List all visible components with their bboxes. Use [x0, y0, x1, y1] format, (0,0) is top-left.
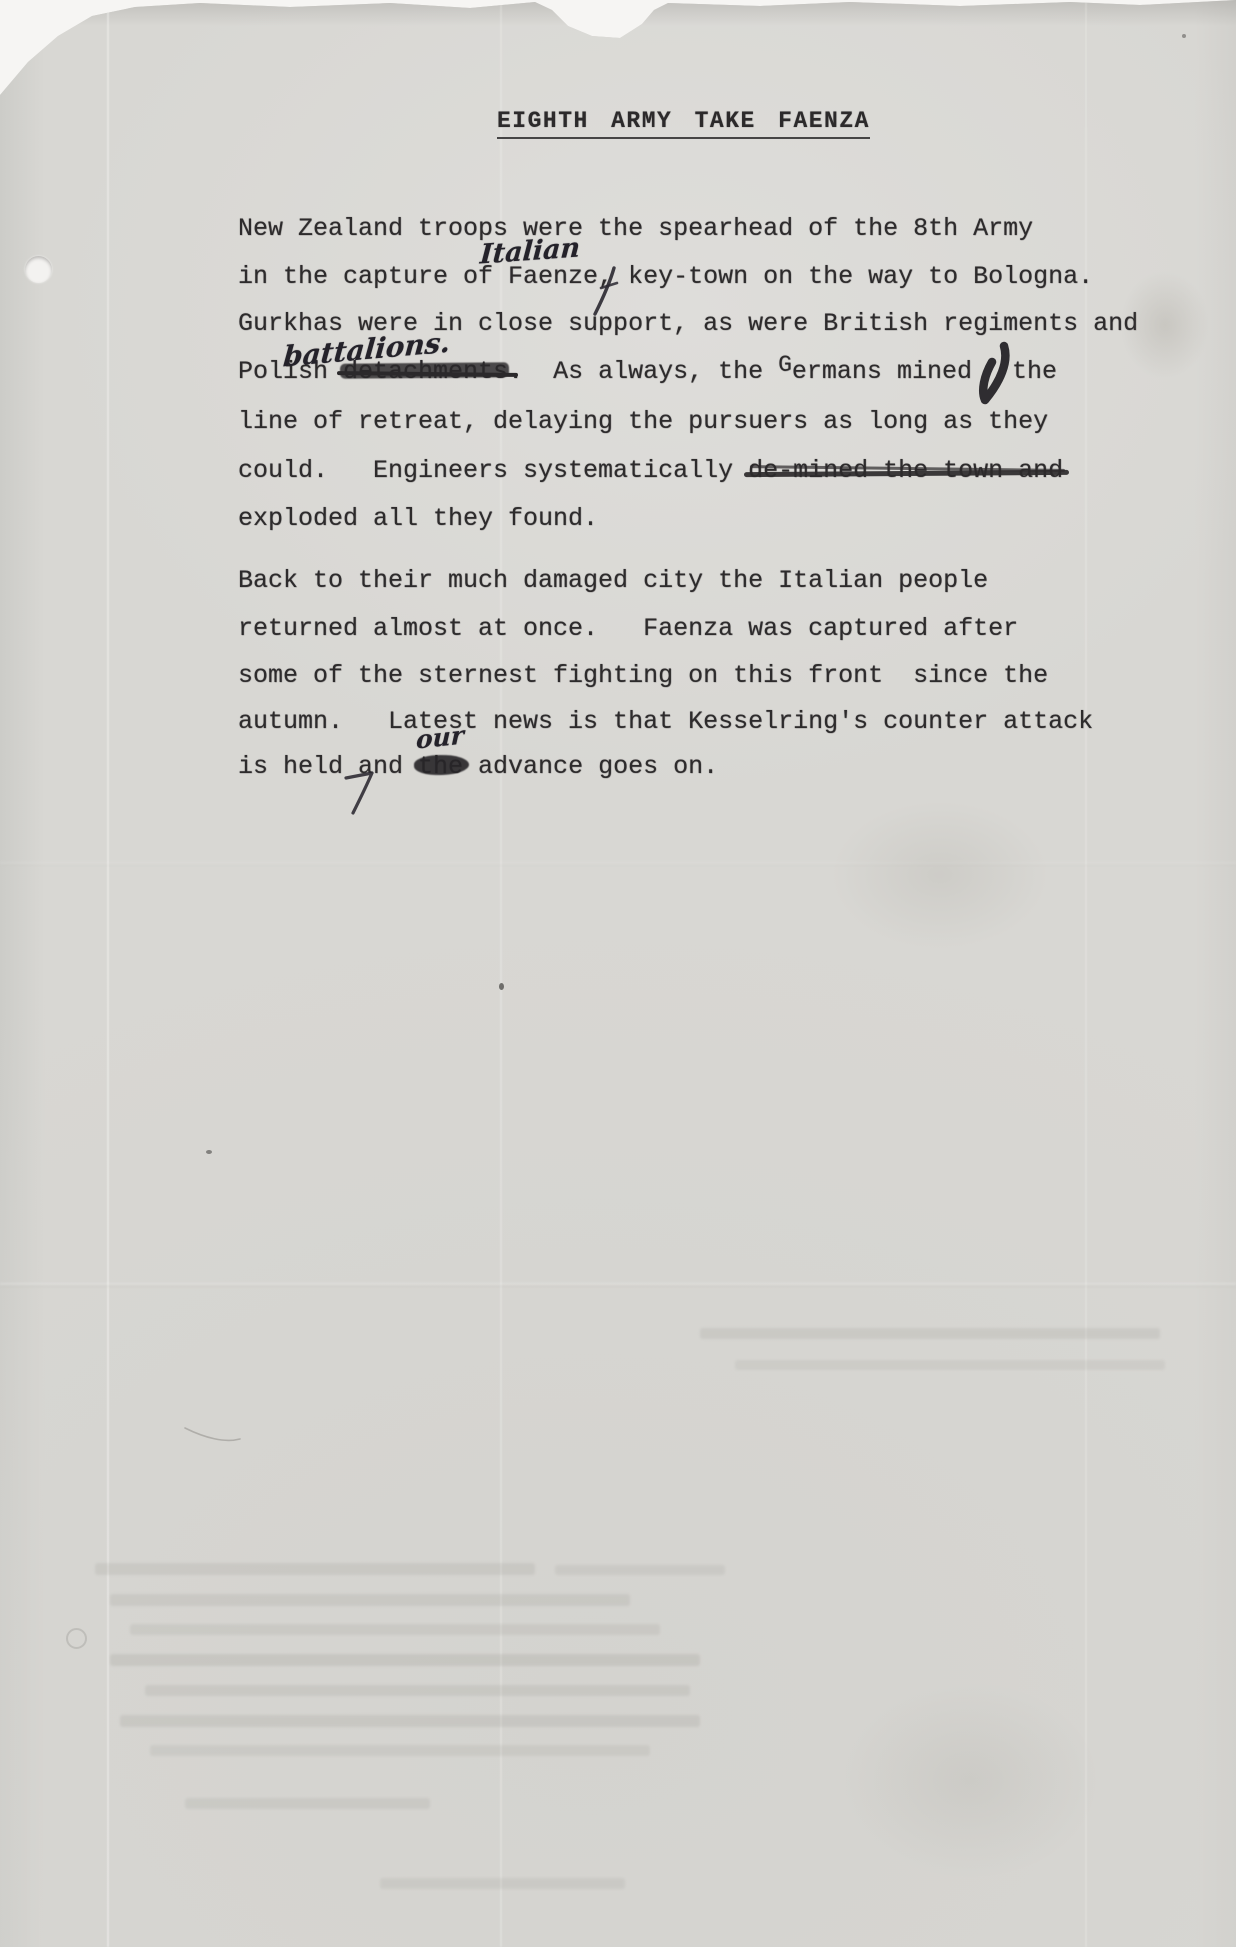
typed-text: . As always, the — [508, 357, 778, 386]
typed-text: is held and — [238, 752, 418, 781]
blotted-word: the — [418, 752, 463, 781]
typed-text: the — [1012, 357, 1057, 386]
stain — [830, 800, 1050, 950]
bleedthrough-line — [150, 1745, 650, 1756]
typed-line: autumn. Latest news is that Kesselring's… — [238, 707, 1093, 736]
handwritten-annotation-our: our — [416, 720, 465, 754]
typed-text: could. Engineers systematically — [238, 456, 748, 485]
fold-crease — [0, 1283, 1236, 1287]
stain — [840, 1680, 1100, 1880]
bleedthrough-line — [380, 1878, 625, 1889]
hairline-scratch — [185, 1428, 240, 1440]
bleedthrough-line — [110, 1654, 700, 1666]
bleedthrough-line — [120, 1715, 700, 1727]
faint-ring-mark — [66, 1628, 87, 1649]
typed-line: is held and the advance goes on. — [238, 752, 718, 781]
typed-text: in the capture of Faenze, — [238, 262, 613, 291]
typed-text: advance goes on. — [463, 752, 718, 781]
typed-text: ermans mined — [792, 357, 972, 386]
typed-line: exploded all they found. — [238, 504, 598, 533]
typed-text: exploded all they found. — [238, 504, 598, 533]
typed-line: Back to their much damaged city the Ital… — [238, 566, 988, 595]
typed-text: line of retreat, delaying the pursuers a… — [238, 407, 1048, 436]
raised-letter: G — [778, 352, 792, 378]
typed-line: some of the sternest fighting on this fr… — [238, 661, 1048, 690]
struck-out-text: de-mined the town and — [748, 456, 1063, 485]
punch-hole — [25, 256, 52, 283]
paper-sheet: EIGHTH ARMY TAKE FAENZA New Zealand troo… — [0, 0, 1236, 1947]
scan-streak — [1085, 0, 1087, 1947]
fold-crease — [0, 862, 1236, 866]
typed-line: in the capture of Faenze, key-town on th… — [238, 262, 1093, 291]
ink-speck — [499, 983, 504, 990]
typed-text: Back to their much damaged city the Ital… — [238, 566, 988, 595]
typed-text: autumn. Latest news is that Kesselring's… — [238, 707, 1093, 736]
ink-speck — [1182, 34, 1186, 38]
bleedthrough-line — [95, 1563, 535, 1575]
typed-line: could. Engineers systematically de-mined… — [238, 456, 1063, 485]
ink-speck — [206, 1150, 212, 1154]
bleedthrough-line — [700, 1328, 1160, 1339]
bleedthrough-line — [185, 1798, 430, 1809]
document-title: EIGHTH ARMY TAKE FAENZA — [497, 108, 870, 139]
typed-text: New Zealand troops were the spearhead of… — [238, 214, 1033, 243]
scan-streak — [107, 0, 109, 1947]
bleedthrough-line — [555, 1565, 725, 1575]
typed-line: returned almost at once. Faenza was capt… — [238, 614, 1018, 643]
bleedthrough-line — [110, 1594, 630, 1606]
typed-text: returned almost at once. Faenza was capt… — [238, 614, 1018, 643]
typed-text: some of the sternest fighting on this fr… — [238, 661, 1048, 690]
bleedthrough-line — [735, 1360, 1165, 1370]
bleedthrough-line — [130, 1624, 660, 1635]
torn-edge-shadow — [0, 0, 1236, 26]
typed-text: key-town on the way to Bologna. — [613, 262, 1093, 291]
bleedthrough-line — [145, 1685, 690, 1696]
typed-line: line of retreat, delaying the pursuers a… — [238, 407, 1048, 436]
typed-line: New Zealand troops were the spearhead of… — [238, 214, 1033, 243]
